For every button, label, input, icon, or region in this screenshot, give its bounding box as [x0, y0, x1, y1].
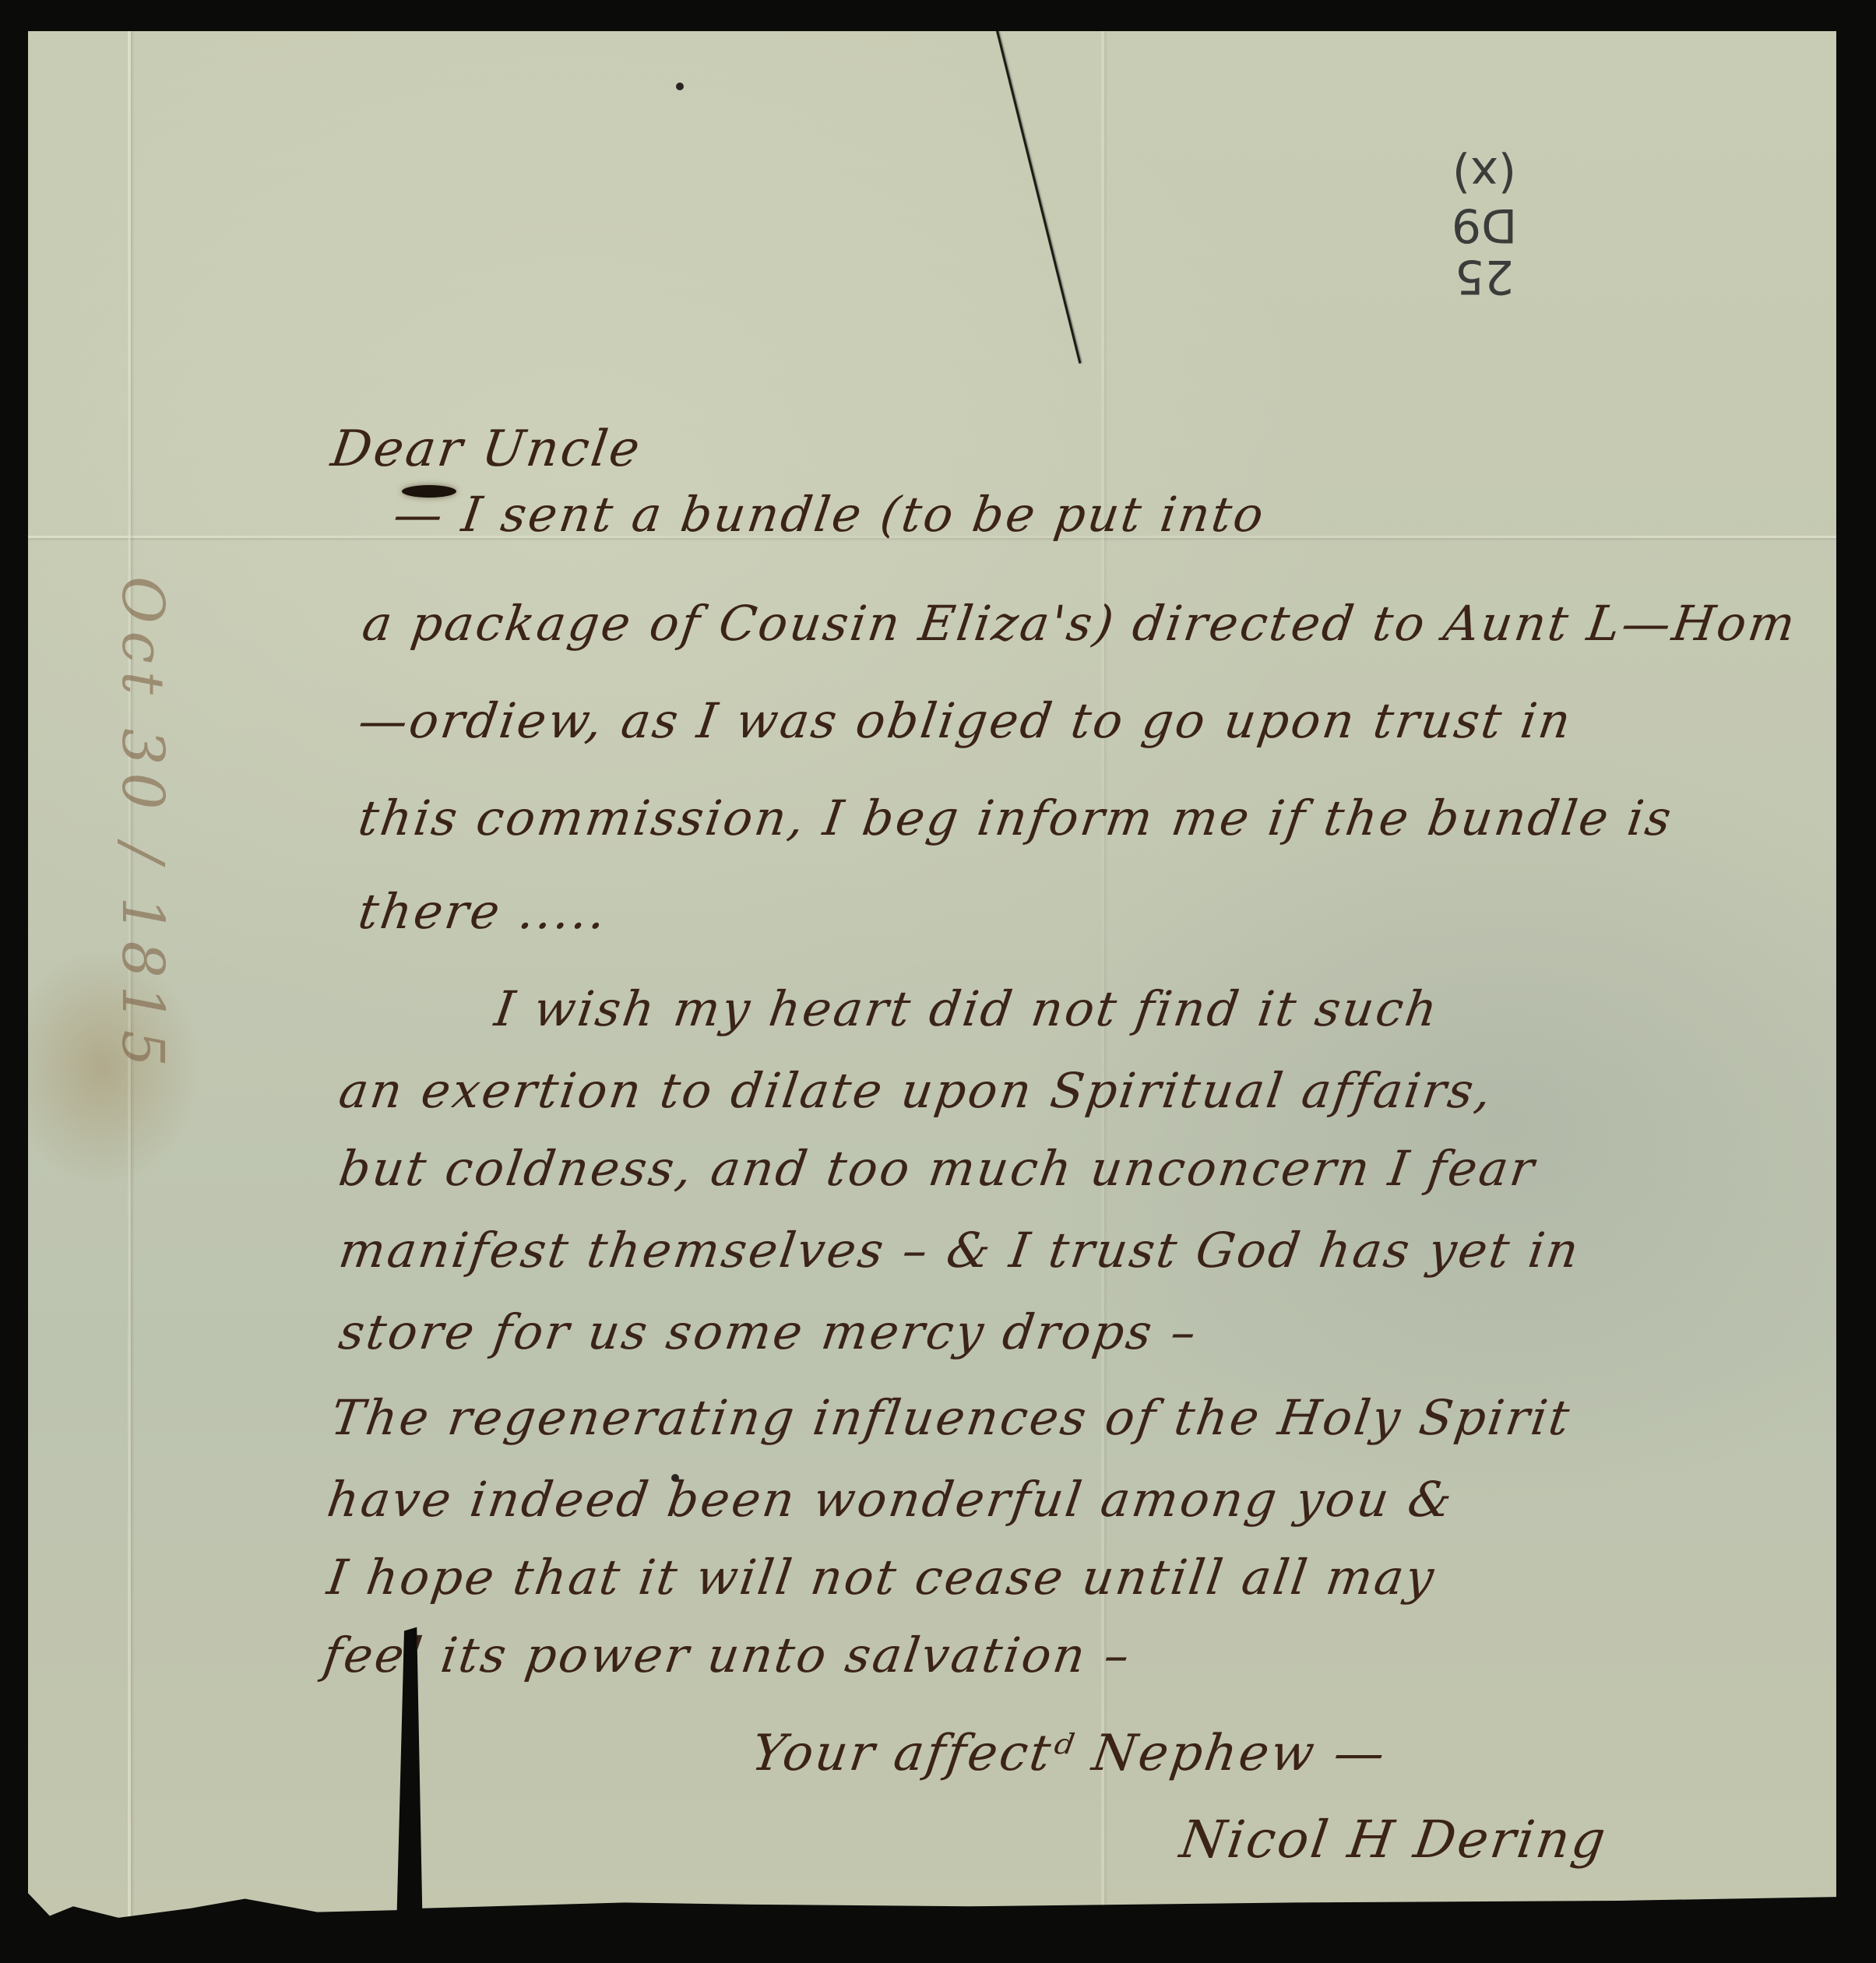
- paragraph2-line6: The regenerating influences of the Holy …: [329, 1394, 1575, 1442]
- signature: Nicol H Dering: [1177, 1814, 1610, 1866]
- paragraph1-line5: there .....: [356, 888, 611, 936]
- paragraph2-line2: an exertion to dilate upon Spiritual aff…: [336, 1067, 1497, 1115]
- document-scan: 25 D9 (x) Oct 30 / 1815 Dear Uncle — I s…: [0, 0, 1876, 1963]
- paragraph2-line9: feel its power unto salvation –: [321, 1631, 1135, 1680]
- paragraph2-line3: but coldness, and too much unconcern I f…: [336, 1145, 1540, 1193]
- letter-body: Dear Uncle — I sent a bundle (to be put …: [28, 31, 1836, 1931]
- paragraph2-line4: manifest themselves – & I trust God has …: [336, 1226, 1584, 1275]
- closing: Your affectᵈ Nephew —: [749, 1729, 1390, 1778]
- paragraph1-line2: a package of Cousin Eliza's) directed to…: [360, 600, 1800, 648]
- paragraph2-line5: store for us some mercy drops –: [336, 1308, 1202, 1356]
- paragraph1-line4: this commission, I beg inform me if the …: [356, 794, 1677, 843]
- letter-paper: 25 D9 (x) Oct 30 / 1815 Dear Uncle — I s…: [28, 31, 1836, 1931]
- paragraph2-line1: I wish my heart did not find it such: [492, 985, 1442, 1033]
- paragraph2-line8: I hope that it will not cease untill all…: [325, 1553, 1439, 1602]
- paragraph1-line1: — I sent a bundle (to be put into: [391, 491, 1269, 539]
- paragraph1-line3: —ordiew, as I was obliged to go upon tru…: [356, 697, 1576, 745]
- paragraph2-line7: have indeed been wonderful among you &: [325, 1476, 1457, 1524]
- salutation: Dear Uncle: [329, 424, 646, 474]
